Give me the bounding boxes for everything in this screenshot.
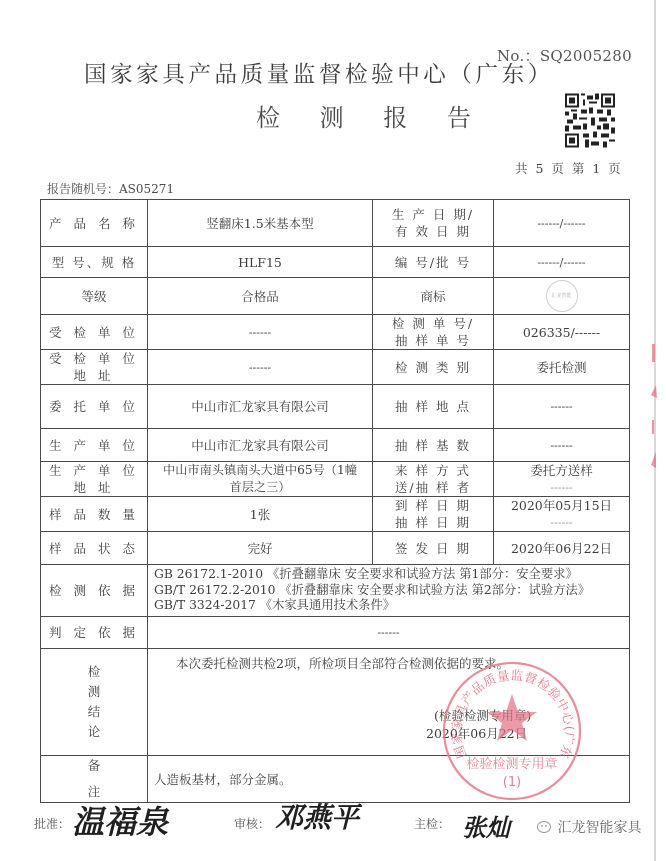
label-grade: 等级: [41, 278, 148, 315]
value-judgement-basis: ------: [148, 617, 630, 649]
value-model-spec: HLF15: [148, 247, 373, 278]
label-test-number: 检 测 单 号/ 抽 样 单 号: [373, 315, 494, 350]
table-row: 判 定 依 据 ------: [41, 617, 630, 649]
value-inspected-address: ------: [148, 350, 373, 385]
review-signature: 邓燕平: [275, 796, 359, 836]
label-char: 检: [45, 662, 143, 682]
label-inspected-address: 受 检 单 位 地 址: [41, 350, 148, 385]
label-char: 测: [45, 682, 143, 702]
label-batch-number: 编 号/批 号: [373, 247, 494, 278]
value-conclusion: 本次委托检测共检2项，所检项目全部符合检测依据的要求。 (检验检测专用章) 20…: [148, 649, 630, 756]
organization-title: 国家家具产品质量监督检验中心（广东）: [84, 57, 554, 89]
inspector-signature: 张灿: [462, 808, 510, 843]
standard-line: GB 26172.1-2010 《折叠翻靠床 安全要求和试验方法 第1部分：安全…: [154, 567, 625, 583]
label-inspected-unit: 受 检 单 位: [41, 315, 148, 350]
brand-logo-icon: 汇龙智能: [546, 280, 578, 312]
value-sampling-base: ------: [494, 429, 630, 462]
label-sample-quantity: 样 品 数 量: [41, 497, 148, 532]
seal-caption: (检验检测专用章): [434, 707, 531, 724]
wechat-icon: [537, 820, 553, 834]
value-issue-date: 2020年06月22日: [494, 532, 630, 565]
approve-label: 批准：: [34, 815, 70, 832]
label-sample-status: 样 品 状 态: [41, 532, 148, 565]
label-line: 地 址: [45, 479, 143, 496]
conclusion-text: 本次委托检测共检2项，所检项目全部符合检测依据的要求。: [176, 655, 509, 672]
label-remarks: 备 注: [41, 756, 148, 803]
review-label: 审核：: [234, 815, 270, 832]
value-line: 委托方送样: [498, 462, 625, 479]
table-row: 检 测 结 论 本次委托检测共检2项，所检项目全部符合检测依据的要求。 (检验检…: [41, 649, 630, 756]
label-manufacturer-address: 生 产 单 位 地 址: [41, 462, 148, 497]
value-line: ------: [498, 479, 625, 496]
label-manufacturer: 生 产 单 位: [41, 429, 148, 462]
label-char: 论: [45, 722, 143, 742]
label-line: 检 测 单 号/: [377, 315, 489, 332]
value-trademark: 汇龙智能: [494, 278, 630, 315]
label-char: 结: [45, 702, 143, 722]
table-row: 检 测 依 据 GB 26172.1-2010 《折叠翻靠床 安全要求和试验方法…: [41, 565, 630, 617]
seal-edge-marks: [648, 340, 662, 480]
label-trademark: 商标: [373, 278, 494, 315]
table-row: 型 号、规 格 HLF15 编 号/批 号 ------/------: [41, 247, 630, 278]
watermark-text: 汇龙智能家具: [557, 820, 641, 836]
label-line: 送/抽 样 者: [377, 479, 489, 496]
label-client: 委 托 单 位: [41, 385, 148, 429]
page-count: 共 5 页 第 1 页: [515, 159, 621, 177]
table-row: 受 检 单 位 ------ 检 测 单 号/ 抽 样 单 号 026335/-…: [41, 315, 630, 350]
value-test-basis: GB 26172.1-2010 《折叠翻靠床 安全要求和试验方法 第1部分：安全…: [148, 565, 630, 617]
value-sample-delivery: 委托方送样 ------: [494, 462, 630, 497]
label-line: 生 产 日 期/: [377, 206, 489, 223]
table-row: 样 品 状 态 完好 签 发 日 期 2020年06月22日: [41, 532, 630, 565]
label-line: 来 样 方 式: [377, 462, 489, 479]
qr-code-icon: [565, 93, 615, 148]
table-row: 样 品 数 量 1张 到 样 日 期 抽 样 日 期 2020年05月15日 -…: [41, 497, 630, 532]
label-line: 到 样 日 期: [377, 497, 489, 514]
serial-label: 报告随机号：: [47, 182, 119, 196]
table-row: 生 产 单 位 地 址 中山市南头镇南头大道中65号（1幢 首层之三） 来 样 …: [41, 462, 630, 497]
value-grade: 合格品: [148, 278, 373, 315]
value-line: 中山市南头镇南头大道中65号（1幢: [152, 462, 368, 479]
table-row: 产 品 名 称 竖翻床1.5米基本型 生 产 日 期/ 有 效 日 期 ----…: [41, 200, 630, 247]
table-row: 委 托 单 位 中山市汇龙家具有限公司 抽 样 地 点 ------: [41, 385, 630, 429]
value-line: ------: [498, 514, 625, 531]
value-test-number: 026335/------: [494, 315, 630, 350]
label-issue-date: 签 发 日 期: [373, 532, 494, 565]
label-conclusion: 检 测 结 论: [41, 649, 148, 756]
standard-line: GB/T 3324-2017 《木家具通用技术条件》: [154, 598, 625, 614]
document-title: 检 测 报 告: [256, 98, 487, 133]
label-sampling-base: 抽 样 基 数: [373, 429, 494, 462]
label-line: 抽 样 单 号: [377, 332, 489, 349]
label-model-spec: 型 号、规 格: [41, 247, 148, 278]
label-line: 地 址: [45, 367, 143, 384]
label-line: 抽 样 日 期: [377, 514, 489, 531]
label-judgement-basis: 判 定 依 据: [41, 617, 148, 649]
report-table: 产 品 名 称 竖翻床1.5米基本型 生 产 日 期/ 有 效 日 期 ----…: [40, 199, 630, 803]
table-row: 生 产 单 位 中山市汇龙家具有限公司 抽 样 基 数 ------: [41, 429, 630, 462]
table-row: 等级 合格品 商标 汇龙智能: [41, 278, 630, 315]
wechat-watermark: 汇龙智能家具: [537, 817, 641, 837]
label-sample-delivery: 来 样 方 式 送/抽 样 者: [373, 462, 494, 497]
value-batch-number: ------/------: [494, 247, 630, 278]
value-sample-status: 完好: [148, 532, 373, 565]
label-line: 有 效 日 期: [377, 223, 489, 240]
value-product-name: 竖翻床1.5米基本型: [148, 200, 373, 247]
value-remarks: 人造板基材，部分金属。: [148, 756, 630, 803]
value-manufacturer-address: 中山市南头镇南头大道中65号（1幢 首层之三）: [148, 462, 373, 497]
value-arrival-date: 2020年05月15日 ------: [494, 497, 630, 532]
value-line: 首层之三）: [152, 479, 368, 496]
label-sampling-location: 抽 样 地 点: [373, 385, 494, 429]
inspector-label: 主检：: [414, 815, 450, 832]
standard-line: GB/T 26172.2-2010 《折叠翻靠床 安全要求和试验方法 第2部分：…: [154, 583, 625, 599]
seal-date: 2020年06月22日: [426, 725, 527, 742]
label-production-date: 生 产 日 期/ 有 效 日 期: [373, 200, 494, 247]
value-production-date: ------/------: [494, 200, 630, 247]
label-test-basis: 检 测 依 据: [41, 565, 148, 617]
value-line: 2020年05月15日: [498, 497, 625, 514]
table-row: 受 检 单 位 地 址 ------ 检 测 类 别 委托检测: [41, 350, 630, 385]
report-serial: 报告随机号：AS05271: [47, 180, 174, 197]
label-char: 备: [45, 756, 143, 776]
value-sampling-location: ------: [494, 385, 630, 429]
value-inspected-unit: ------: [148, 315, 373, 350]
value-manufacturer: 中山市汇龙家具有限公司: [148, 429, 373, 462]
label-arrival-date: 到 样 日 期 抽 样 日 期: [373, 497, 494, 532]
value-client: 中山市汇龙家具有限公司: [148, 385, 373, 429]
label-line: 生 产 单 位: [45, 462, 143, 479]
value-test-type: 委托检测: [494, 350, 630, 385]
label-line: 受 检 单 位: [45, 350, 143, 367]
label-product-name: 产 品 名 称: [41, 200, 148, 247]
value-sample-quantity: 1张: [148, 497, 373, 532]
approve-signature: 温福泉: [72, 797, 168, 843]
serial-value: AS05271: [119, 182, 174, 196]
label-test-type: 检 测 类 别: [373, 350, 494, 385]
